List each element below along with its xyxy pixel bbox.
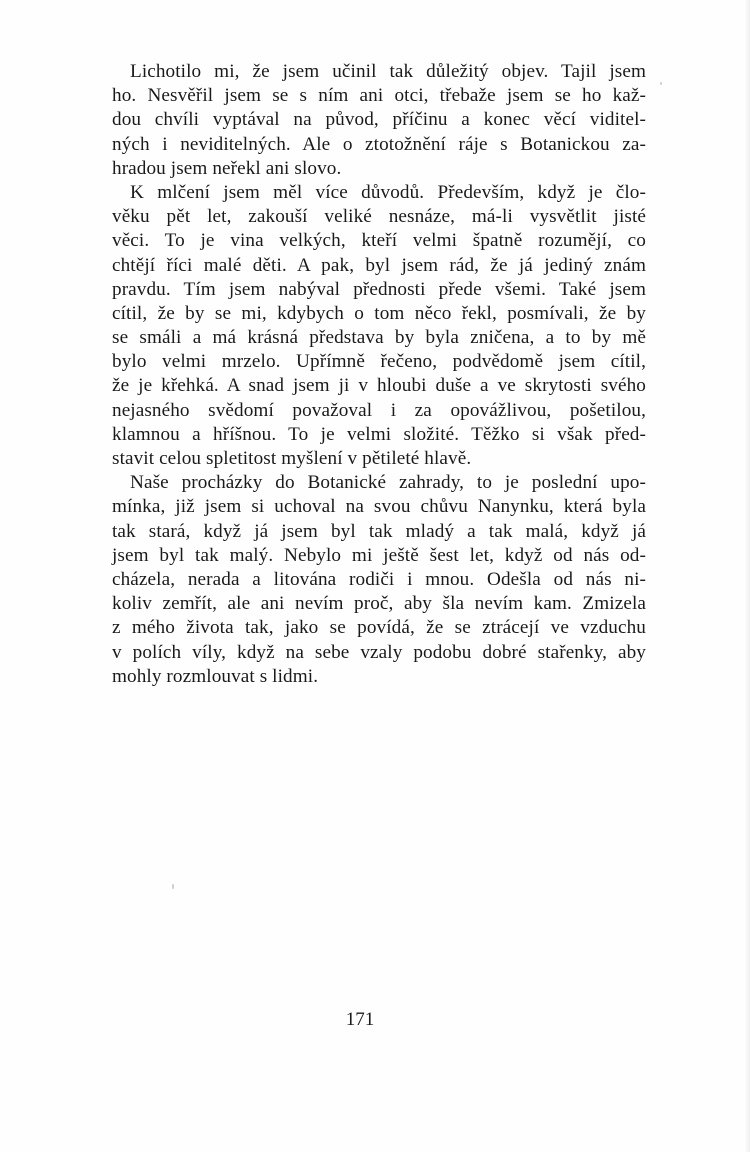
text-line: koliv zemřít, ale ani nevím proč, aby šl…	[112, 592, 646, 616]
text-line: cítil, že by se mi, kdybych o tom něco ř…	[112, 302, 646, 326]
text-line: stavit celou spletitost myšlení v pětile…	[112, 447, 646, 471]
book-page: Lichotilo mi, že jsem učinil tak důležit…	[0, 0, 750, 1152]
text-line: věci. To je vina velkých, kteří velmi šp…	[112, 229, 646, 253]
text-line: věku pět let, zakouší veliké nesnáze, má…	[112, 205, 646, 229]
paragraph-2: K mlčení jsem měl více důvodů. Především…	[112, 181, 646, 471]
text-line: Naše procházky do Botanické zahrady, to …	[112, 471, 646, 495]
page-number: 171	[340, 1008, 380, 1032]
paper-speck	[172, 884, 174, 889]
text-line: ho. Nesvěřil jsem se s ním ani otci, tře…	[112, 84, 646, 108]
text-line: Lichotilo mi, že jsem učinil tak důležit…	[112, 60, 646, 84]
text-line: K mlčení jsem měl více důvodů. Především…	[112, 181, 646, 205]
page-edge-shadow	[744, 0, 750, 1152]
paragraph-1: Lichotilo mi, že jsem učinil tak důležit…	[112, 60, 646, 181]
text-line: nejasného svědomí považoval i za opovážl…	[112, 399, 646, 423]
body-text: Lichotilo mi, že jsem učinil tak důležit…	[112, 60, 646, 689]
text-line: dou chvíli vyptával na původ, příčinu a …	[112, 108, 646, 132]
text-line: chtějí říci malé děti. A pak, byl jsem r…	[112, 254, 646, 278]
text-line: z mého života tak, jako se povídá, že se…	[112, 616, 646, 640]
paper-speck	[660, 82, 662, 85]
text-line: cházela, nerada a litována rodiči i mnou…	[112, 568, 646, 592]
text-line: mohly rozmlouvat s lidmi.	[112, 665, 646, 689]
text-line: bylo velmi mrzelo. Upřímně řečeno, podvě…	[112, 350, 646, 374]
text-line: tak stará, když já jsem byl tak mladý a …	[112, 520, 646, 544]
text-line: mínka, již jsem si uchoval na svou chůvu…	[112, 495, 646, 519]
paragraph-3: Naše procházky do Botanické zahrady, to …	[112, 471, 646, 689]
text-line: ných i neviditelných. Ale o ztotožnění r…	[112, 133, 646, 157]
text-line: jsem byl tak malý. Nebylo mi ještě šest …	[112, 544, 646, 568]
text-line: v polích víly, když na sebe vzaly podobu…	[112, 641, 646, 665]
text-line: klamnou a hříšnou. To je velmi složité. …	[112, 423, 646, 447]
text-line: pravdu. Tím jsem nabýval přednosti přede…	[112, 278, 646, 302]
text-line: hradou jsem neřekl ani slovo.	[112, 157, 646, 181]
text-line: se smáli a má krásná představa by byla z…	[112, 326, 646, 350]
text-line: že je křehká. A snad jsem ji v hloubi du…	[112, 374, 646, 398]
